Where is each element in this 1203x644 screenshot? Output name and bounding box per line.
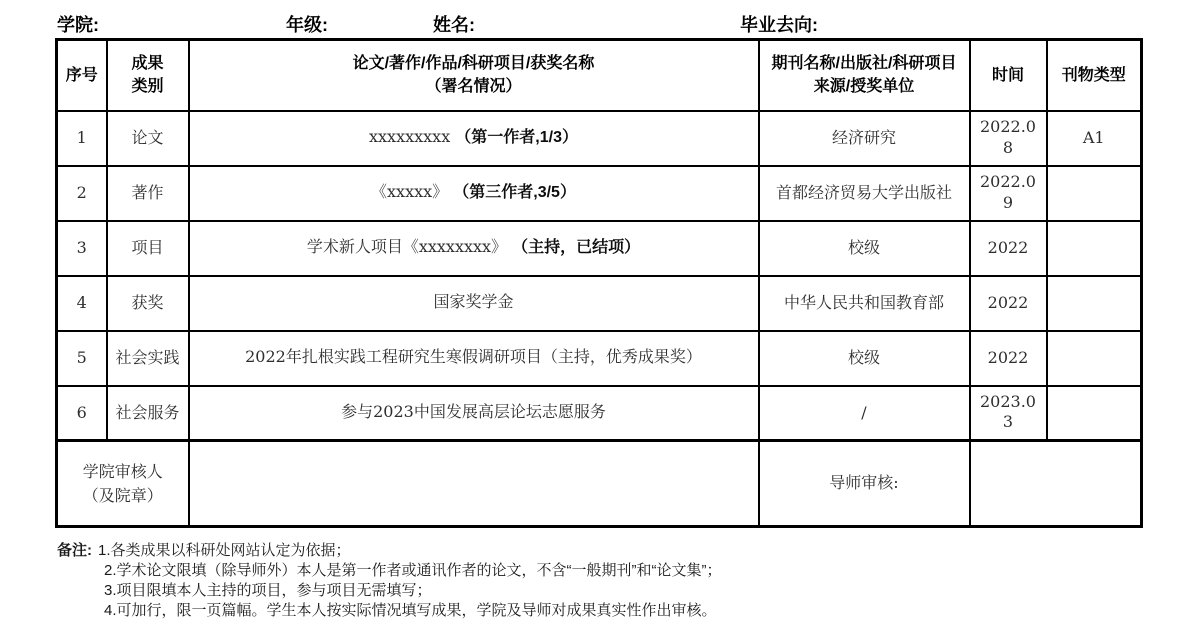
cell-category: 社会实践 xyxy=(107,331,189,386)
cell-name: 学术新人项目《xxxxxxxx》 （主持，已结项） xyxy=(189,221,759,276)
college-field-label: 学院: xyxy=(57,11,99,37)
col-header-name: 论文/著作/作品/科研项目/获奖名称 （署名情况） xyxy=(189,40,759,111)
cell-source: 首都经济贸易大学出版社 xyxy=(759,166,970,221)
cell-source: 经济研究 xyxy=(759,111,970,166)
cell-type xyxy=(1047,221,1142,276)
cell-source: 校级 xyxy=(759,331,970,386)
supervisor-review-cell: 导师审核: xyxy=(759,441,970,527)
destination-field-label: 毕业去向: xyxy=(740,11,818,37)
notes-label: 备注: xyxy=(57,541,92,561)
cell-type xyxy=(1047,386,1142,441)
cell-no: 2 xyxy=(57,166,107,221)
footer-empty-right-cell xyxy=(970,441,1142,527)
notes-list: 1.各类成果以科研处网站认定为依据； 2.学术论文限填（除导师外）本人是第一作者… xyxy=(98,541,722,621)
cell-time: 2022 xyxy=(970,221,1047,276)
cell-no: 1 xyxy=(57,111,107,166)
table-row: 6 社会服务 参与2023中国发展高层论坛志愿服务 / 2023.03 xyxy=(57,386,1142,441)
table-row: 5 社会实践 2022年扎根实践工程研究生寒假调研项目（主持，优秀成果奖） 校级… xyxy=(57,331,1142,386)
achievements-form-document: 学院: 年级: 姓名: 毕业去向: 序号 成果 类别 论文/著作/作品/科研项目… xyxy=(0,0,1203,644)
name-normal-text: 2022年扎根实践工程研究生寒假调研项目（主持，优秀成果奖） xyxy=(245,347,702,366)
cell-time: 2022 xyxy=(970,276,1047,331)
name-bold-text: （主持，已结项） xyxy=(512,239,640,256)
table-footer-row: 学院审核人 （及院章） 导师审核: xyxy=(57,441,1142,527)
grade-field-label: 年级: xyxy=(286,11,328,37)
cell-name: 参与2023中国发展高层论坛志愿服务 xyxy=(189,386,759,441)
name-normal-text: xxxxxxxxx xyxy=(369,127,455,146)
achievements-table: 序号 成果 类别 论文/著作/作品/科研项目/获奖名称 （署名情况） 期刊名称/… xyxy=(55,38,1143,528)
cell-no: 3 xyxy=(57,221,107,276)
name-normal-text: 参与2023中国发展高层论坛志愿服务 xyxy=(341,402,606,421)
footer-empty-name-cell xyxy=(189,441,759,527)
name-normal-text: 《xxxxx》 xyxy=(371,182,453,201)
name-bold-text: （第一作者,1/3） xyxy=(455,129,578,146)
table-header-row: 序号 成果 类别 论文/著作/作品/科研项目/获奖名称 （署名情况） 期刊名称/… xyxy=(57,40,1142,111)
note-line: 4.可加行，限一页篇幅。学生本人按实际情况填写成果，学院及导师对成果真实性作出审… xyxy=(98,601,722,621)
col-header-type: 刊物类型 xyxy=(1047,40,1142,111)
col-header-time: 时间 xyxy=(970,40,1047,111)
table-row: 3 项目 学术新人项目《xxxxxxxx》 （主持，已结项） 校级 2022 xyxy=(57,221,1142,276)
cell-type: A1 xyxy=(1047,111,1142,166)
name-bold-text: （第三作者,3/5） xyxy=(453,184,576,201)
cell-time: 2022 xyxy=(970,331,1047,386)
cell-source: 中华人民共和国教育部 xyxy=(759,276,970,331)
college-reviewer-cell: 学院审核人 （及院章） xyxy=(57,441,189,527)
cell-source: 校级 xyxy=(759,221,970,276)
cell-category: 论文 xyxy=(107,111,189,166)
cell-category: 著作 xyxy=(107,166,189,221)
cell-name: xxxxxxxxx （第一作者,1/3） xyxy=(189,111,759,166)
cell-time: 2022.08 xyxy=(970,111,1047,166)
table-row: 2 著作 《xxxxx》 （第三作者,3/5） 首都经济贸易大学出版社 2022… xyxy=(57,166,1142,221)
cell-category: 社会服务 xyxy=(107,386,189,441)
table-row: 1 论文 xxxxxxxxx （第一作者,1/3） 经济研究 2022.08 A… xyxy=(57,111,1142,166)
cell-name: 《xxxxx》 （第三作者,3/5） xyxy=(189,166,759,221)
col-header-category: 成果 类别 xyxy=(107,40,189,111)
cell-category: 获奖 xyxy=(107,276,189,331)
cell-category: 项目 xyxy=(107,221,189,276)
cell-no: 6 xyxy=(57,386,107,441)
note-line: 1.各类成果以科研处网站认定为依据； xyxy=(98,541,722,561)
col-header-no: 序号 xyxy=(57,40,107,111)
cell-no: 4 xyxy=(57,276,107,331)
cell-type xyxy=(1047,166,1142,221)
top-fields-row: 学院: 年级: 姓名: 毕业去向: xyxy=(0,11,1203,37)
note-line: 2.学术论文限填（除导师外）本人是第一作者或通讯作者的论文，不含“一般期刊”和“… xyxy=(98,561,722,581)
cell-no: 5 xyxy=(57,331,107,386)
name-field-label: 姓名: xyxy=(433,11,475,37)
name-normal-text: 学术新人项目《xxxxxxxx》 xyxy=(307,237,512,256)
note-line: 3.项目限填本人主持的项目，参与项目无需填写； xyxy=(98,581,722,601)
cell-name: 2022年扎根实践工程研究生寒假调研项目（主持，优秀成果奖） xyxy=(189,331,759,386)
col-header-source: 期刊名称/出版社/科研项目 来源/授奖单位 xyxy=(759,40,970,111)
notes-section: 备注: 1.各类成果以科研处网站认定为依据； 2.学术论文限填（除导师外）本人是… xyxy=(57,541,722,621)
cell-time: 2022.09 xyxy=(970,166,1047,221)
cell-type xyxy=(1047,331,1142,386)
cell-source: / xyxy=(759,386,970,441)
cell-name: 国家奖学金 xyxy=(189,276,759,331)
cell-type xyxy=(1047,276,1142,331)
cell-time: 2023.03 xyxy=(970,386,1047,441)
table-row: 4 获奖 国家奖学金 中华人民共和国教育部 2022 xyxy=(57,276,1142,331)
name-normal-text: 国家奖学金 xyxy=(433,292,513,311)
